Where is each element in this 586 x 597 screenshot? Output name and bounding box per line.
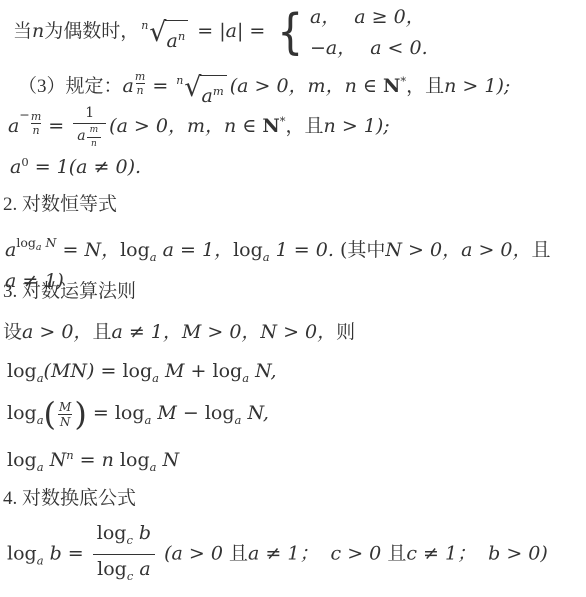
log-argument: (MN) xyxy=(44,360,95,382)
log-base-subscript: a xyxy=(37,554,44,568)
section-heading: 2. 对数恒等式 xyxy=(3,194,117,215)
log-operator: log xyxy=(7,402,37,424)
fraction-denominator: N xyxy=(58,414,73,428)
open-paren: ( xyxy=(44,395,56,433)
base-a: a xyxy=(10,156,21,178)
zero-exponent: 0 xyxy=(21,155,28,169)
fraction-denominator: amn xyxy=(73,123,106,149)
log-operator: log xyxy=(7,360,37,382)
log-operator: log xyxy=(7,543,37,565)
log-argument: N xyxy=(44,449,67,471)
cjk-and: 且 xyxy=(229,544,248,565)
equals-sign: = xyxy=(87,402,115,424)
log-exponent-group: loga N xyxy=(16,235,56,250)
absolute-value: |a| xyxy=(219,20,243,42)
close-paren: ) xyxy=(74,395,86,433)
change-of-base-fraction: logc blogc a xyxy=(93,521,155,588)
minus-sign: − xyxy=(19,107,29,122)
log-operator: log xyxy=(120,239,150,261)
line-negative-exponent: a−mn = 1amn(a > 0，m，n ∈ N*，且n > 1); xyxy=(8,103,390,149)
line-log-power-rule: loga Nn = n loga N xyxy=(7,443,179,479)
line-log-quotient-rule: loga(MN) = loga M − loga N, xyxy=(7,396,269,432)
natural-numbers-set: N xyxy=(262,115,279,137)
log-argument: b xyxy=(133,522,151,544)
condition-text: a > 0， xyxy=(22,321,92,343)
radicand-base: a xyxy=(167,30,178,52)
exponent-fraction: mn xyxy=(134,71,146,96)
cjk-and: 且 xyxy=(387,544,406,565)
log-argument: N xyxy=(156,449,179,471)
heading-log-rules: 3. 对数运算法则 xyxy=(3,279,136,304)
radicand: an xyxy=(165,20,189,53)
case-value: −a， xyxy=(310,37,356,59)
comma: ， xyxy=(406,76,425,97)
line-even-root-abs: 当n为偶数时，n√an = |a| = {a，a ≥ 0，−a，a < 0. xyxy=(13,6,428,58)
base-a: a xyxy=(77,128,85,144)
log-base-subscript: a xyxy=(263,250,270,264)
log-operator: log xyxy=(16,235,36,250)
case-value: a， xyxy=(310,6,340,28)
power-exponent: n xyxy=(66,448,73,462)
base-a: a xyxy=(5,239,16,261)
line-log-product-rule: loga(MN) = loga M + loga N, xyxy=(7,359,277,390)
fraction-denominator: n xyxy=(31,123,40,136)
equals-sign: = xyxy=(94,360,122,382)
base-a: a xyxy=(123,75,134,97)
fraction-denominator: n xyxy=(136,83,145,96)
log-base-subscript: a xyxy=(37,413,44,427)
equation-text: = N， xyxy=(56,239,120,261)
root-index: n xyxy=(176,69,183,93)
log-base-subscript: a xyxy=(37,460,44,474)
radicand-exponent: m xyxy=(213,84,224,98)
fraction-numerator: m xyxy=(86,126,103,137)
log-base-subscript: a xyxy=(152,371,159,385)
log-operator: log xyxy=(97,522,127,544)
equation-text: M − xyxy=(151,402,205,424)
log-operator: log xyxy=(213,360,243,382)
log-argument: b xyxy=(44,543,62,565)
log-base-subscript: a xyxy=(150,250,157,264)
cjk-let: 设 xyxy=(3,322,22,343)
case-row: −a，a < 0. xyxy=(310,36,428,60)
log-operator: log xyxy=(205,402,235,424)
section-heading: 3. 对数运算法则 xyxy=(3,281,136,302)
log-operator: log xyxy=(120,449,150,471)
condition-text: a ≠ 1； xyxy=(248,543,331,565)
condition-text: b > 0) xyxy=(488,543,548,565)
quotient-fraction: MN xyxy=(57,401,73,428)
equation-text: a = 1， xyxy=(157,239,233,261)
document-page: 当n为偶数时，n√an = |a| = {a，a ≥ 0，−a，a < 0. （… xyxy=(0,0,586,597)
condition-text: (a > 0 xyxy=(158,543,229,565)
radicand-exponent: n xyxy=(178,29,185,43)
equals-sign: = xyxy=(42,115,70,137)
heading-log-identity: 2. 对数恒等式 xyxy=(3,192,117,217)
log-base-subscript: a xyxy=(37,371,44,385)
fraction-numerator: logc b xyxy=(93,521,155,554)
root-index: n xyxy=(141,14,148,38)
fraction-numerator: m xyxy=(134,71,146,83)
equation-text: = n xyxy=(74,449,120,471)
fraction-denominator: n xyxy=(87,137,101,149)
condition-text: (a > 0，m，n ∈ xyxy=(230,75,383,97)
base-a: a xyxy=(8,115,19,137)
condition-text: n > 1); xyxy=(324,115,390,137)
cjk-and: 且 xyxy=(425,76,444,97)
line-log-preconditions: 设a > 0，且a ≠ 1，M > 0，N > 0，则 xyxy=(3,320,355,345)
condition-text: (a > 0，m，n ∈ xyxy=(109,115,262,137)
equation-text: M + xyxy=(159,360,213,382)
cjk-text: 当 xyxy=(13,21,32,42)
equation-text: N, xyxy=(241,402,269,424)
condition-text: a ≠ 1，M > 0，N > 0， xyxy=(111,321,336,343)
comma: ， xyxy=(286,116,305,137)
fraction-denominator: logc a xyxy=(93,554,155,588)
fraction-numerator: M xyxy=(57,401,73,414)
nth-root: n√am xyxy=(184,74,226,101)
case-row: a，a ≥ 0， xyxy=(310,5,428,29)
fraction-numerator: m xyxy=(30,111,42,123)
equals-sign: = xyxy=(191,20,219,42)
equals-sign: = xyxy=(146,75,174,97)
cases-column: a，a ≥ 0，−a，a < 0. xyxy=(310,5,428,60)
equation-text: 1 = 0. xyxy=(270,239,340,261)
cjk-then: 则 xyxy=(336,322,355,343)
log-operator: log xyxy=(97,558,127,580)
reciprocal-fraction: 1amn xyxy=(73,106,106,149)
heading-change-of-base: 4. 对数换底公式 xyxy=(3,486,136,511)
exponent-fraction: mn xyxy=(86,126,103,149)
condition-text: N > 0，a > 0， xyxy=(385,239,531,261)
line-zero-exponent: a0 = 1(a ≠ 0). xyxy=(10,150,141,179)
nth-root: n√an xyxy=(149,19,188,46)
cjk-and: 且 xyxy=(305,116,324,137)
log-operator: log xyxy=(7,449,37,471)
cjk-and: 且 xyxy=(92,322,111,343)
log-operator: log xyxy=(115,402,145,424)
log-operator: log xyxy=(122,360,152,382)
line-rational-exponent: （3）规定：amn = n√am(a > 0，m，n ∈ N*，且n > 1); xyxy=(18,69,510,101)
condition-text: c ≠ 1； xyxy=(406,543,488,565)
exponent-fraction: mn xyxy=(30,111,42,136)
line-change-of-base-formula: loga b = logc blogc a (a > 0 且a ≠ 1； c >… xyxy=(7,521,548,588)
cjk-and: 且 xyxy=(532,240,551,261)
natural-numbers-set: N xyxy=(383,75,400,97)
condition-text: n > 1); xyxy=(444,75,510,97)
log-operator: log xyxy=(233,239,263,261)
equation-text: N, xyxy=(249,360,277,382)
condition-text: c > 0 xyxy=(331,543,388,565)
piecewise-cases: {a，a ≥ 0，−a，a < 0. xyxy=(275,6,427,58)
section-heading: 4. 对数换底公式 xyxy=(3,488,136,509)
cjk-where: 其中 xyxy=(347,240,385,261)
case-condition: a ≥ 0， xyxy=(354,6,424,28)
equals-sign: = xyxy=(62,543,90,565)
log-argument: a xyxy=(133,558,150,580)
left-brace-icon: { xyxy=(278,8,304,56)
cjk-text: 为偶数时， xyxy=(44,21,139,42)
case-condition: a < 0. xyxy=(370,37,427,59)
var-n: n xyxy=(32,20,44,42)
formula-rest: = 1(a ≠ 0). xyxy=(29,156,141,178)
rule-label: （3）规定： xyxy=(18,76,123,97)
fraction-numerator: 1 xyxy=(81,106,98,123)
log-argument: N xyxy=(42,235,57,250)
equals-sign: = xyxy=(243,20,271,42)
